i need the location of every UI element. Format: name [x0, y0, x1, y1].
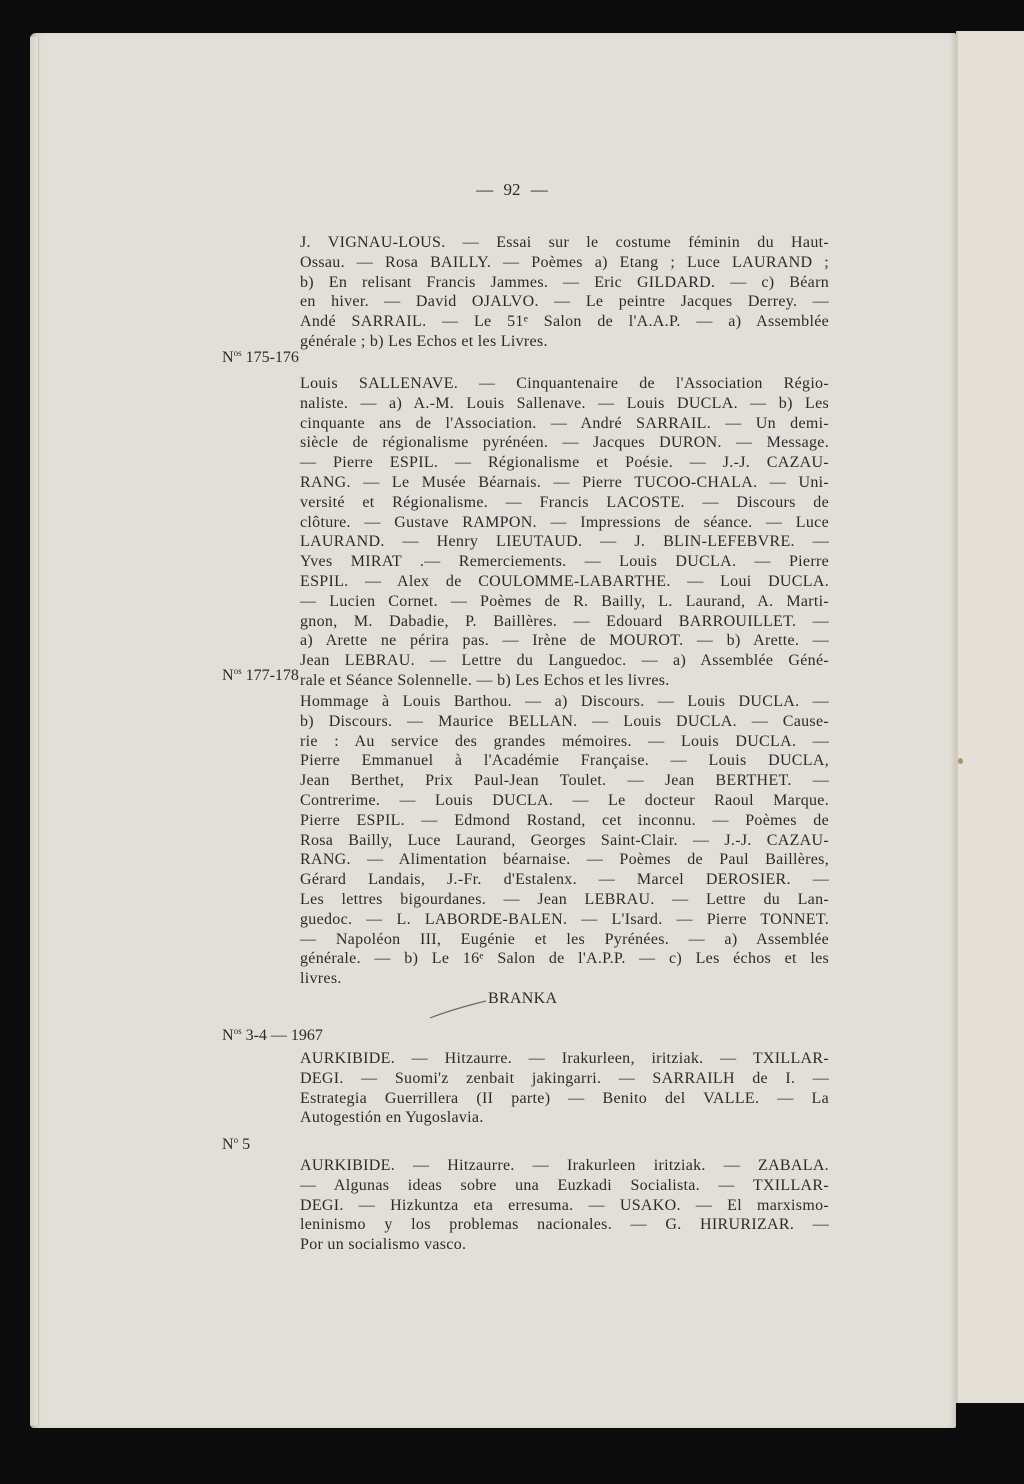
- text-line: cinquante ans de l'Association. — André …: [300, 414, 829, 434]
- text-line: Jean LEBRAU. — Lettre du Languedoc. — a)…: [300, 651, 829, 671]
- text-line: Les lettres bigourdanes. — Jean LEBRAU. …: [300, 890, 829, 910]
- text-line: Jean Berthet, Prix Paul-Jean Toulet. — J…: [300, 771, 829, 791]
- page-binding-edge: [30, 37, 39, 1425]
- text-line: clôture. — Gustave RAMPON. — Impressions…: [300, 513, 829, 533]
- text-line: Gérard Landais, J.-Fr. d'Estalenx. — Mar…: [300, 870, 829, 890]
- text-line: rie : Au service des grandes mémoires. —…: [300, 732, 829, 752]
- text-line: Andé SARRAIL. — Le 51ᵉ Salon de l'A.A.P.…: [300, 312, 829, 332]
- text-line: Rosa Bailly, Luce Laurand, Georges Saint…: [300, 831, 829, 851]
- text-line: Ossau. — Rosa BAILLY. — Poèmes a) Etang …: [300, 253, 829, 273]
- text-line: RANG. — Le Musée Béarnais. — Pierre TUCO…: [300, 473, 829, 493]
- text-line: — Pierre ESPIL. — Régionalisme et Poésie…: [300, 453, 829, 473]
- entry-3-4-1967: AURKIBIDE. — Hitzaurre. — Irakurleen, ir…: [300, 1049, 829, 1128]
- text-line: Autogestión en Yugoslavia.: [300, 1108, 829, 1128]
- issue-label-3-4-1967: Nos 3-4 — 1967: [222, 1026, 323, 1045]
- text-line: Louis SALLENAVE. — Cinquantenaire de l'A…: [300, 374, 829, 394]
- entry-177-178: Hommage à Louis Barthou. — a) Discours. …: [300, 692, 829, 989]
- text-line: Contrerime. — Louis DUCLA. — Le docteur …: [300, 791, 829, 811]
- text-line: guedoc. — L. LABORDE-BALEN. — L'Isard. —…: [300, 910, 829, 930]
- issue-label-177-178: Nos 177-178: [222, 666, 299, 685]
- entry-5: AURKIBIDE. — Hitzaurre. — Irakurleen iri…: [300, 1156, 829, 1255]
- text-line: Pierre Emmanuel à l'Académie Française. …: [300, 751, 829, 771]
- text-line: J. VIGNAU-LOUS. — Essai sur le costume f…: [300, 233, 829, 253]
- text-line: naliste. — a) A.-M. Louis Sallenave. — L…: [300, 394, 829, 414]
- text-line: LAURAND. — Henry LIEUTAUD. — J. BLIN-LEF…: [300, 532, 829, 552]
- text-line: gnon, M. Dabadie, P. Baillères. — Edouar…: [300, 612, 829, 632]
- text-line: rale et Séance Solennelle. — b) Les Echo…: [300, 671, 829, 691]
- text-line: générale. — b) Le 16ᵉ Salon de l'A.P.P. …: [300, 949, 829, 969]
- text-line: Estrategia Guerrillera (II parte) — Beni…: [300, 1089, 829, 1109]
- text-line: b) Discours. — Maurice BELLAN. — Louis D…: [300, 712, 829, 732]
- page-number: — 92 —: [0, 180, 1024, 200]
- text-line: AURKIBIDE. — Hitzaurre. — Irakurleen, ir…: [300, 1049, 829, 1069]
- text-line: Por un socialismo vasco.: [300, 1235, 829, 1255]
- section-title-branka: BRANKA: [488, 990, 557, 1008]
- issue-label-5: No 5: [222, 1135, 250, 1154]
- text-line: b) En relisant Francis Jammes. — Eric GI…: [300, 273, 829, 293]
- text-line: versité et Régionalisme. — Francis LACOS…: [300, 493, 829, 513]
- text-line: — Lucien Cornet. — Poèmes de R. Bailly, …: [300, 592, 829, 612]
- entry-175-176: Louis SALLENAVE. — Cinquantenaire de l'A…: [300, 374, 829, 691]
- text-line: siècle de régionalisme pyrénéen. — Jacqu…: [300, 433, 829, 453]
- text-line: DEGI. — Suomi'z zenbait jakingarri. — SA…: [300, 1069, 829, 1089]
- issue-label-175-176: Nos 175-176: [222, 348, 299, 367]
- pen-mark-icon: [428, 999, 488, 1019]
- text-line: — Algunas ideas sobre una Euzkadi Social…: [300, 1176, 829, 1196]
- text-line: Pierre ESPIL. — Edmond Rostand, cet inco…: [300, 811, 829, 831]
- text-line: AURKIBIDE. — Hitzaurre. — Irakurleen iri…: [300, 1156, 829, 1176]
- text-line: livres.: [300, 969, 829, 989]
- text-line: ESPIL. — Alex de COULOMME-LABARTHE. — Lo…: [300, 572, 829, 592]
- entry-continuation: J. VIGNAU-LOUS. — Essai sur le costume f…: [300, 233, 829, 352]
- text-line: RANG. — Alimentation béarnaise. — Poèmes…: [300, 850, 829, 870]
- text-line: en hiver. — David OJALVO. — Le peintre J…: [300, 292, 829, 312]
- text-line: leninismo y los problemas nacionales. — …: [300, 1215, 829, 1235]
- text-line: a) Arette ne périra pas. — Irène de MOUR…: [300, 631, 829, 651]
- paper-blemish: [958, 758, 963, 764]
- text-line: Yves MIRAT .— Remerciements. — Louis DUC…: [300, 552, 829, 572]
- text-line: générale ; b) Les Echos et les Livres.: [300, 332, 829, 352]
- text-line: Hommage à Louis Barthou. — a) Discours. …: [300, 692, 829, 712]
- text-line: — Napoléon III, Eugénie et les Pyrénées.…: [300, 930, 829, 950]
- text-line: DEGI. — Hizkuntza eta erresuma. — USAKO.…: [300, 1196, 829, 1216]
- facing-page-edge: [956, 31, 1024, 1403]
